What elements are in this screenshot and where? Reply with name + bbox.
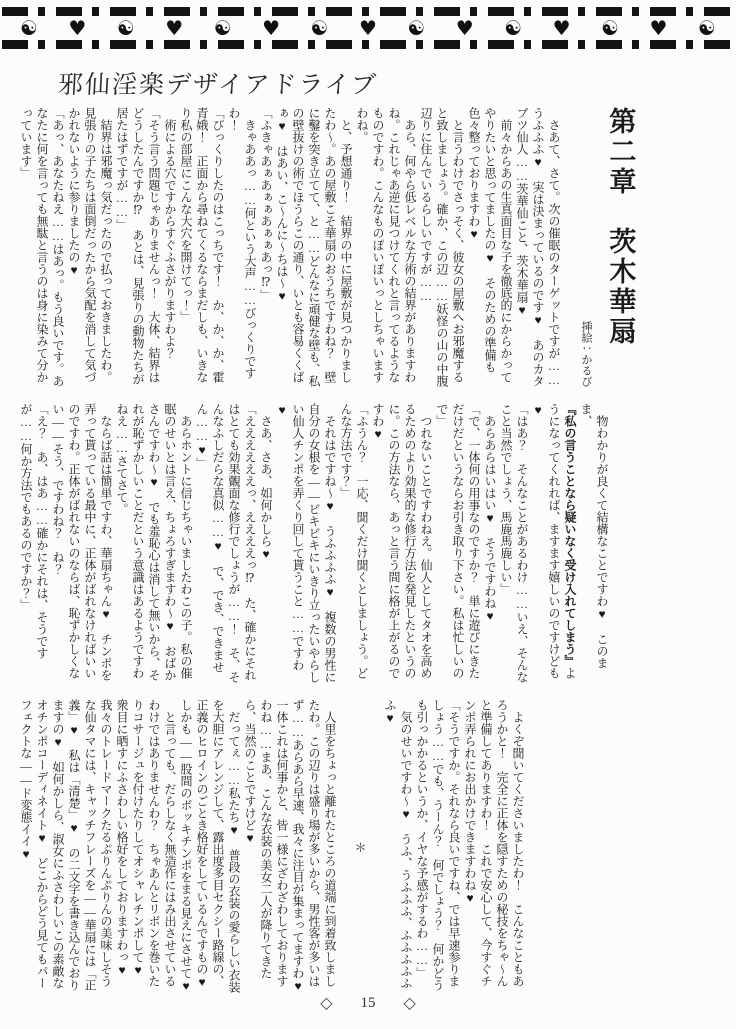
book-title: 邪仙淫楽デザイアドライブ xyxy=(57,65,736,101)
yin-yang-heart-icon: ♥ xyxy=(649,16,667,40)
yin-yang-heart-icon: ♥ xyxy=(68,16,86,40)
yin-yang-heart-icon: ☯ xyxy=(407,16,425,40)
paragraph: それはですね〜♥ うふふふふ♥ 複数の男性に自分の女根を――ビキビキにいきり立っ… xyxy=(274,403,338,683)
paragraph: つれないことですわねえ。仙人としてタオを高めるためのより効果的な修行方法を発見し… xyxy=(370,403,434,683)
yin-yang-heart-icon: ☯ xyxy=(311,16,329,40)
emphasized-text: 『私の言うことなら疑いなく受け入れてしまう』 xyxy=(563,403,577,667)
footer-diamond-left-icon: ◇ xyxy=(320,993,332,1013)
yin-yang-heart-icon: ☯ xyxy=(117,16,135,40)
paragraph: 人里をちょっと離れたところの道端に到着致しましたわ。この辺りは盛り場が多いから、… xyxy=(242,699,338,995)
yin-yang-heart-icon: ♥ xyxy=(262,16,280,40)
page-footer: ◇ 15 ◇ xyxy=(0,993,736,1013)
paragraph: あら、何やら低レベルな方術の結界がありますわね。これじゃあ逆に見つけてくれと言っ… xyxy=(354,107,418,387)
yin-yang-heart-icon: ☯ xyxy=(698,16,716,40)
yin-yang-heart-icon: ♥ xyxy=(456,16,474,40)
yin-yang-heart-icon: ♥ xyxy=(359,16,377,40)
yin-yang-heart-icon: ☯ xyxy=(601,16,619,40)
border-dash-row-top xyxy=(2,7,734,16)
paragraph: さあ、さあ、如何かしら♥ xyxy=(258,403,274,683)
paragraph: 「ええええええっ、ええええっ⁉ た、確かにそれはとても効果覿面な修行でしょうが…… xyxy=(194,403,258,683)
paragraph: だってぇ……私たち♥ 普段の衣装の愛らしい衣装を大胆にアレンジして、露出度多目セ… xyxy=(178,699,242,995)
paragraph-text: 物わかりが良くて結構なことですわ♥ このまま、 xyxy=(579,403,609,669)
decorative-top-border: ☯♥☯♥☯♥☯♥☯♥☯♥☯♥☯ xyxy=(0,0,736,49)
paragraph: 「そうですか。それなら良いですね、では早速参りましょう……でも、うーん？ 何でし… xyxy=(414,699,462,995)
yin-yang-heart-icon: ♥ xyxy=(165,16,183,40)
paragraph: 「びっくりしたのはこっちです！ か、か、か、霍青娥！ 正面から尋ねてくるならまだ… xyxy=(178,107,226,387)
text-block-3: よくぞ聞いてくださいましたわ！ こんなこともあろうかと！ 完全に正体を隠すための… xyxy=(18,699,526,995)
paragraph: あらあらはいはい♥ そうですわね♥ xyxy=(482,403,498,683)
yin-yang-heart-icon: ☯ xyxy=(20,16,38,40)
paragraph: 術による穴ですからすぐふさがりますわよ？ xyxy=(162,107,178,387)
paragraph: 「ふうん？ 一応、聞くだけ聞くとしましょう。どんな方法です？」 xyxy=(338,403,370,683)
border-dash-row-bottom xyxy=(2,40,734,49)
paragraph: きゃああっ……何という大声……びっくりですわ！ xyxy=(226,107,258,387)
border-symbols-row: ☯♥☯♥☯♥☯♥☯♥☯♥☯♥☯ xyxy=(0,16,736,40)
yin-yang-heart-icon: ☯ xyxy=(504,16,522,40)
scene-break-asterisk: ＊ xyxy=(352,699,368,995)
yin-yang-heart-icon: ☯ xyxy=(214,16,232,40)
paragraph: 「で、一体何の用事なのですか？ 単に遊びにきただけだというならお引き取り下さい。… xyxy=(434,403,482,683)
paragraph-with-emphasis: 物わかりが良くて結構なことですわ♥ このまま、『私の言うことなら疑いなく受け入れ… xyxy=(530,403,610,683)
paragraph: さあて、さて。次の催眠のターゲットですが……うふふふ♥ 実は決まっているのです♥… xyxy=(514,107,562,387)
paragraph: 前々からあの生真面目な子を徹底的にからかってやりたいと思ってましたの♥ そのため… xyxy=(466,107,514,387)
paragraph: 「ふきゃあぁあぁぁあぁぁあっ⁉」 xyxy=(258,107,274,387)
paragraph: と、予想通り！ 結界の中に屋敷が見つかりましたわ〜。あの屋敷こそ華扇のおうちです… xyxy=(274,107,354,387)
paragraph: 「そう言う問題じゃありませんっ！ 大体、結界はどうしたんですか⁉ あとは、見張り… xyxy=(114,107,162,387)
text-block-2: 物わかりが良くて結構なことですわ♥ このまま、『私の言うことなら疑いなく受け入れ… xyxy=(18,403,610,683)
text-block-1: 第二章 茨木華扇 挿絵：かるび さあて、さて。次の催眠のターゲットですが……うふ… xyxy=(18,107,636,387)
paragraph: 「はあ？ そんなことがあるわけ……いえ、そんなこと当然でしょう、馬鹿馬鹿しい」 xyxy=(498,403,530,683)
paragraph: と言っても、だらしなく無造作にはみ出させているわけではありませんわ？ ちゃあんと… xyxy=(18,699,178,995)
chapter-heading: 第二章 茨木華扇 xyxy=(604,107,636,387)
paragraph: ならば話は簡単ですわ、華扇ちゃん♥ チンポを弄って貰っている最中に、正体がばれな… xyxy=(50,403,114,683)
yin-yang-heart-icon: ♥ xyxy=(553,16,571,40)
paragraph: 気のせいですわ〜♥ うふ、うふふふ、ふふふふふふ♥ xyxy=(382,699,414,995)
paragraph: と言うわけでさっそく、彼女の屋敷へお邪魔すると致しましょう。確か、この辺……妖怪… xyxy=(418,107,466,387)
paragraph: 「え？ あ、はあ……確かにそれは、そうですが……何か方法でもあるのですか？」 xyxy=(18,403,50,683)
document-page: ☯♥☯♥☯♥☯♥☯♥☯♥☯♥☯ 邪仙淫楽デザイアドライブ 第二章 茨木華扇 挿絵… xyxy=(0,0,736,1029)
illustration-credit: 挿絵：かるび xyxy=(578,107,594,387)
page-number: 15 xyxy=(361,995,376,1012)
paragraph: あらホントに信じちゃいましたわこの子。私の催眠のせいとは言え、ちょろすぎますわ〜… xyxy=(114,403,194,683)
paragraph: 結界は邪魔っ気だったので払っておきましたわ。見張りの子たちは面倒だったから気配を… xyxy=(66,107,114,387)
footer-diamond-right-icon: ◇ xyxy=(404,993,416,1013)
paragraph: よくぞ聞いてくださいましたわ！ こんなこともあろうかと！ 完全に正体を隠すための… xyxy=(462,699,526,995)
paragraph: 「あっ、あなたねえ……はあっ。もう良いです。あなたに何を言っても無駄と言うのは身… xyxy=(18,107,66,387)
